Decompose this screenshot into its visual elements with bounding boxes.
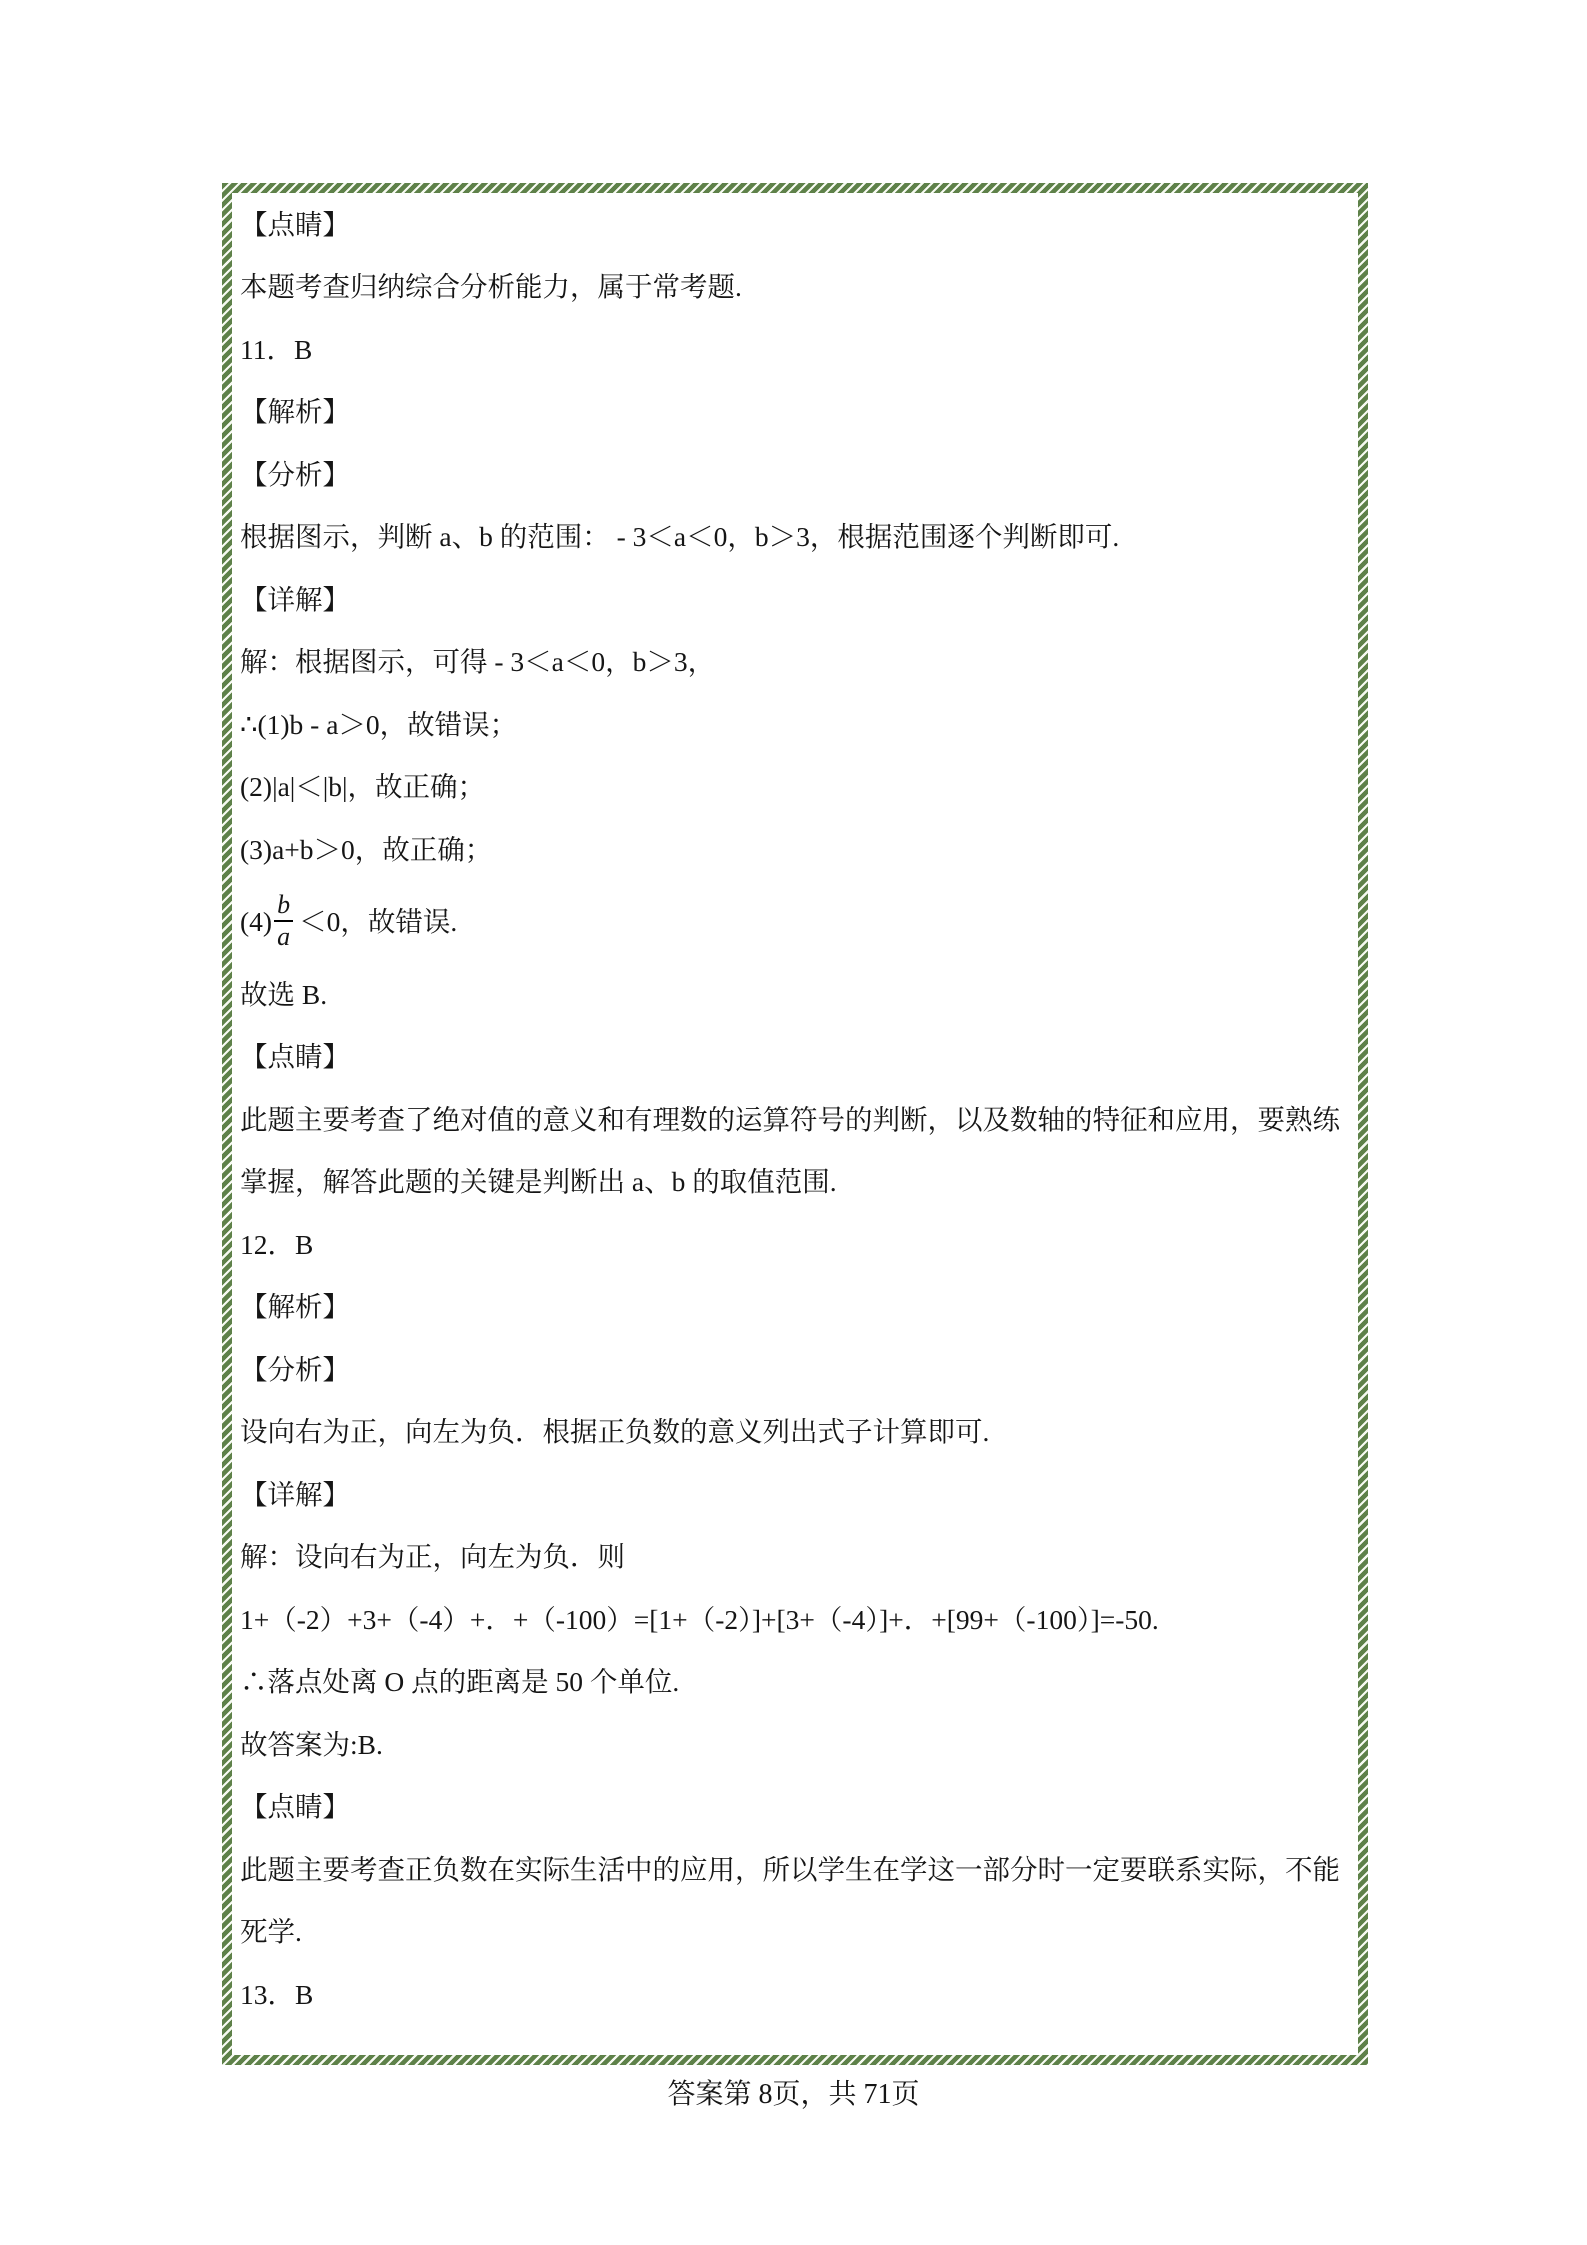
line-text: 【详解】 <box>240 583 350 616</box>
text-line: 本题考查归纳综合分析能力，属于常考题. <box>240 256 1344 319</box>
fraction-prefix: (4) <box>240 905 272 938</box>
text-line: 掌握，解答此题的关键是判断出 a、b 的取值范围. <box>240 1151 1344 1214</box>
line-text: (2)|a|＜|b|，故正确； <box>240 770 485 803</box>
decorative-striped-border: 【点睛】本题考查归纳综合分析能力，属于常考题.11．B【解析】【分析】根据图示，… <box>222 183 1368 2065</box>
line-text: 【详解】 <box>240 1478 350 1511</box>
text-line: 解：设向右为正，向左为负．则 <box>240 1526 1344 1589</box>
text-line: 【解析】 <box>240 381 1344 444</box>
answer-content-area: 【点睛】本题考查归纳综合分析能力，属于常考题.11．B【解析】【分析】根据图示，… <box>232 193 1358 2055</box>
fraction: ba <box>274 892 293 950</box>
line-text: 故答案为:B. <box>240 1728 383 1761</box>
document-page: 【点睛】本题考查归纳综合分析能力，属于常考题.11．B【解析】【分析】根据图示，… <box>0 0 1587 2245</box>
line-text: (3)a+b＞0，故正确； <box>240 833 492 866</box>
text-line: 故答案为:B. <box>240 1713 1344 1776</box>
page-footer: 答案第 8页，共 71页 <box>0 2072 1587 2112</box>
text-line: 此题主要考查了绝对值的意义和有理数的运算符号的判断，以及数轴的特征和应用，要熟练 <box>240 1088 1344 1151</box>
line-text: 12．B <box>240 1228 313 1261</box>
fraction-suffix: ＜0，故错误. <box>299 905 457 938</box>
line-text: 解：设向右为正，向左为负．则 <box>240 1540 625 1573</box>
line-text: 掌握，解答此题的关键是判断出 a、b 的取值范围. <box>240 1165 837 1198</box>
line-text: 【分析】 <box>240 1353 350 1386</box>
line-text: 【分析】 <box>240 458 350 491</box>
line-text: 故选 B. <box>240 978 327 1011</box>
text-line: 故选 B. <box>240 963 1344 1026</box>
text-line: ∴落点处离 O 点的距离是 50 个单位. <box>240 1651 1344 1714</box>
line-text: 13．B <box>240 1978 313 2011</box>
text-line: 【点睛】 <box>240 1776 1344 1839</box>
text-line: 【详解】 <box>240 568 1344 631</box>
text-line: 此题主要考查正负数在实际生活中的应用，所以学生在学这一部分时一定要联系实际，不能 <box>240 1838 1344 1901</box>
page-number-text: 答案第 8页，共 71页 <box>667 2079 919 2110</box>
line-text: ∴落点处离 O 点的距离是 50 个单位. <box>240 1665 679 1698</box>
text-line: 死学. <box>240 1901 1344 1964</box>
line-text: 【点睛】 <box>240 1040 350 1073</box>
text-line: 1+（-2）+3+（-4）+．+（-100）=[1+（-2）]+[3+（-4）]… <box>240 1588 1344 1651</box>
line-text: 本题考查归纳综合分析能力，属于常考题. <box>240 270 742 303</box>
text-line: 根据图示，判断 a、b 的范围： - 3＜a＜0，b＞3，根据范围逐个判断即可. <box>240 506 1344 569</box>
fraction-numerator: b <box>274 892 293 922</box>
text-line: 解：根据图示，可得 - 3＜a＜0，b＞3， <box>240 631 1344 694</box>
text-line: (4)ba＜0，故错误. <box>240 881 1344 964</box>
line-text: 此题主要考查正负数在实际生活中的应用，所以学生在学这一部分时一定要联系实际，不能 <box>240 1853 1340 1886</box>
text-line: ∴(1)b - a＞0，故错误； <box>240 693 1344 756</box>
text-line: 13．B <box>240 1963 1344 2026</box>
line-text: 【解析】 <box>240 395 350 428</box>
text-line: 【解析】 <box>240 1276 1344 1339</box>
line-text: 死学. <box>240 1915 302 1948</box>
line-text: 解：根据图示，可得 - 3＜a＜0，b＞3， <box>240 645 715 678</box>
text-line: 【分析】 <box>240 1338 1344 1401</box>
text-line: (2)|a|＜|b|，故正确； <box>240 756 1344 819</box>
line-text: 此题主要考查了绝对值的意义和有理数的运算符号的判断，以及数轴的特征和应用，要熟练 <box>240 1103 1340 1136</box>
text-line: 【点睛】 <box>240 1026 1344 1089</box>
line-text: ∴(1)b - a＞0，故错误； <box>240 708 517 741</box>
text-line: (3)a+b＞0，故正确； <box>240 818 1344 881</box>
text-line: 【点睛】 <box>240 193 1344 256</box>
line-text: 设向右为正，向左为负．根据正负数的意义列出式子计算即可. <box>240 1415 989 1448</box>
line-text: 1+（-2）+3+（-4）+．+（-100）=[1+（-2）]+[3+（-4）]… <box>240 1603 1159 1636</box>
fraction-denominator: a <box>277 922 290 950</box>
text-line: 12．B <box>240 1213 1344 1276</box>
text-line: 设向右为正，向左为负．根据正负数的意义列出式子计算即可. <box>240 1401 1344 1464</box>
text-line: 【详解】 <box>240 1463 1344 1526</box>
line-text: 根据图示，判断 a、b 的范围： - 3＜a＜0，b＞3，根据范围逐个判断即可. <box>240 520 1119 553</box>
line-text: 【点睛】 <box>240 1790 350 1823</box>
line-text: 【点睛】 <box>240 208 350 241</box>
line-text: 11．B <box>240 333 312 366</box>
text-line: 【分析】 <box>240 443 1344 506</box>
line-text: 【解析】 <box>240 1290 350 1323</box>
text-line: 11．B <box>240 318 1344 381</box>
